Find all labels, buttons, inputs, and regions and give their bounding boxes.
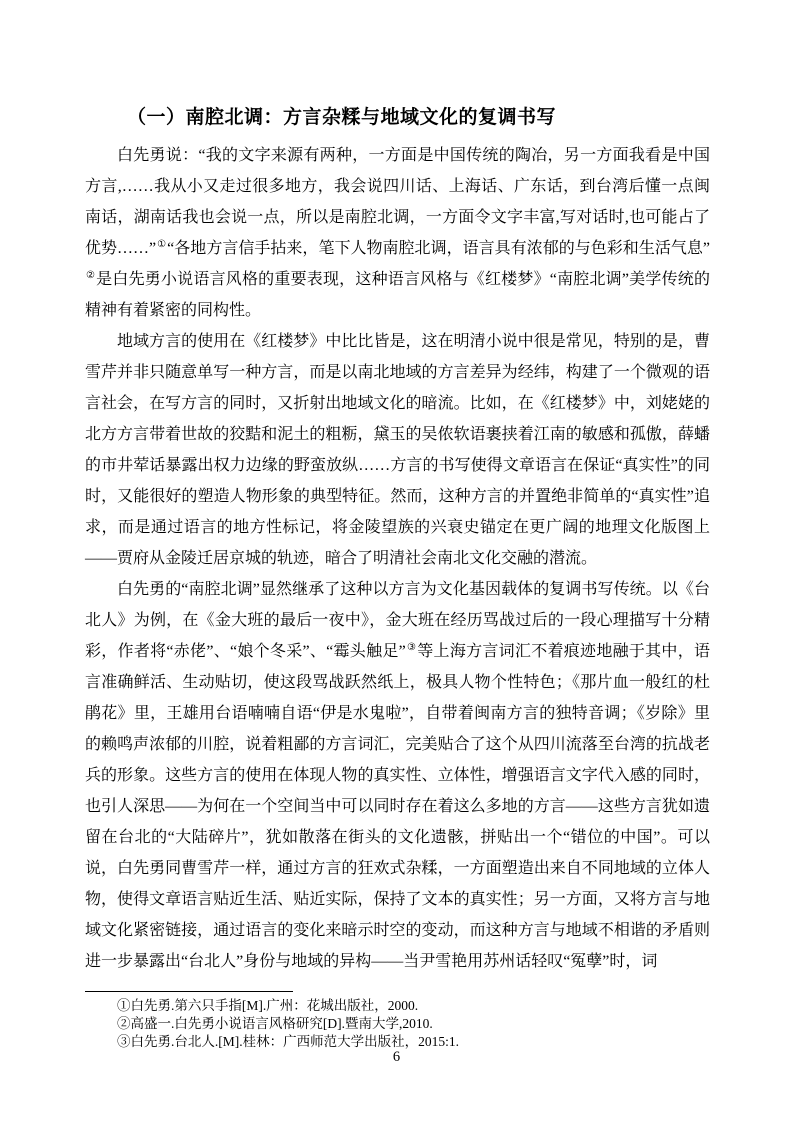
body-text: 白先勇说：“我的文字来源有两种，一方面是中国传统的陶冶，另一方面我看是中国方言,… xyxy=(85,140,710,977)
section-heading: （一）南腔北调：方言杂糅与地域文化的复调书写 xyxy=(85,104,710,131)
footnote-ref: ① xyxy=(156,239,167,250)
footnote-ref: ② xyxy=(85,270,96,281)
page-number: 6 xyxy=(0,1049,793,1066)
footnotes: ①白先勇.第六只手指[M].广州：花城出版社，2000.②高盛一.白先勇小说语言… xyxy=(117,997,698,1051)
footnote-item: ②高盛一.白先勇小说语言风格研究[D].暨南大学,2010. xyxy=(117,1015,698,1033)
paragraph: 白先勇的“南腔北调”显然继承了这种以方言为文化基因载体的复调书写传统。以《台北人… xyxy=(85,574,710,977)
footnote-ref: ③ xyxy=(406,642,418,653)
footnote-item: ①白先勇.第六只手指[M].广州：花城出版社，2000. xyxy=(117,997,698,1015)
footnote-separator xyxy=(85,991,293,992)
document-page: （一）南腔北调：方言杂糅与地域文化的复调书写 白先勇说：“我的文字来源有两种，一… xyxy=(0,0,793,1122)
page-content: （一）南腔北调：方言杂糅与地域文化的复调书写 白先勇说：“我的文字来源有两种，一… xyxy=(85,0,710,977)
paragraph: 白先勇说：“我的文字来源有两种，一方面是中国传统的陶冶，另一方面我看是中国方言,… xyxy=(85,140,710,326)
paragraph: 地域方言的使用在《红楼梦》中比比皆是，这在明清小说中很是常见，特别的是，曹雪芹并… xyxy=(85,326,710,574)
